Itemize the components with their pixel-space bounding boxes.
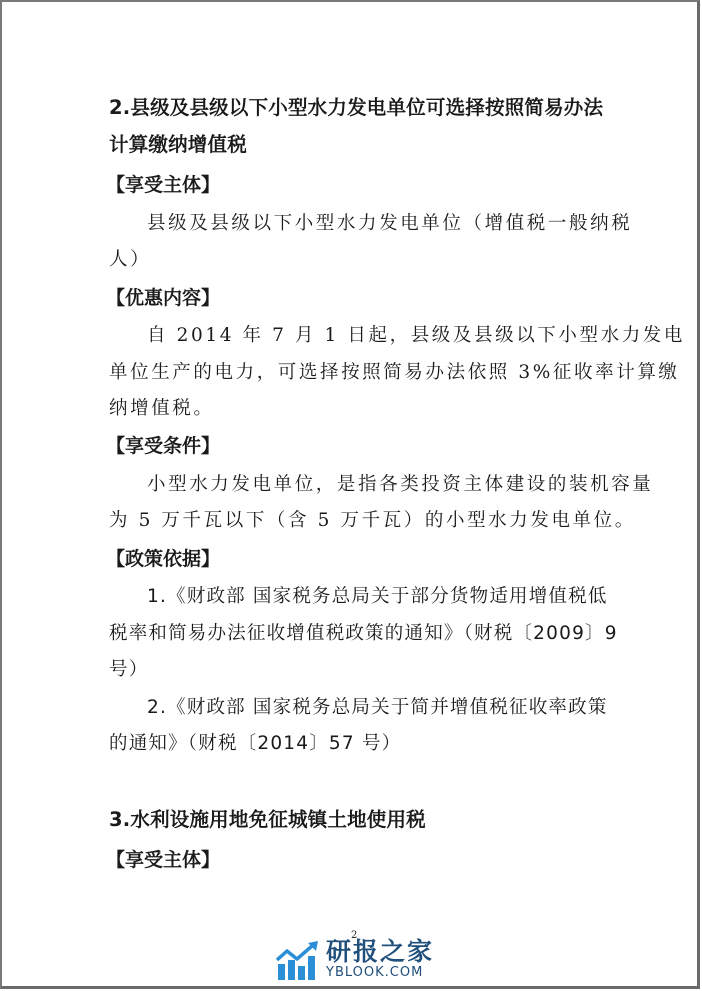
condition-text-line-2: 为 5 万千瓦以下（含 5 万千瓦）的小型水力发电单位。 [109,509,636,533]
benefit-text-line-3: 纳增值税。 [109,397,215,421]
reference-1-line-1: 1.《财政部 国家税务总局关于部分货物适用增值税低 [147,585,608,609]
benefit-text-line-2: 单位生产的电力，可选择按照简易办法依照 3%征收率计算缴 [109,361,680,385]
condition-text-line-1: 小型水力发电单位，是指各类投资主体建设的装机容量 [147,473,653,497]
subject-text-line-2: 人） [109,248,151,272]
reference-1-line-3: 号） [109,658,148,682]
section-2-title-line-1: 2.县级及县级以下小型水力发电单位可选择按照简易办法 [109,96,603,120]
watermark-name-en: YBLOOK.COM [326,965,434,980]
section-3-title: 3.水利设施用地免征城镇土地使用税 [109,808,426,832]
policy-basis-label: 【政策依据】 [106,547,220,571]
section-2-title-line-2: 计算缴纳增值税 [109,133,247,157]
watermark-name-cn: 研报之家 [326,939,434,965]
section-3-subject-label: 【享受主体】 [106,848,220,872]
watermark: 研报之家 YBLOOK.COM [276,939,434,980]
document-page: 2.县级及县级以下小型水力发电单位可选择按照简易办法 计算缴纳增值税 【享受主体… [0,0,700,989]
benefit-label: 【优惠内容】 [106,286,220,310]
reference-2-line-1: 2.《财政部 国家税务总局关于简并增值税征收率政策 [147,696,608,720]
condition-label: 【享受条件】 [106,434,220,458]
chart-growth-icon [276,940,320,980]
benefit-text-line-1: 自 2014 年 7 月 1 日起，县级及县级以下小型水力发电 [147,324,685,348]
subject-label: 【享受主体】 [106,173,220,197]
reference-1-line-2: 税率和简易办法征收增值税政策的通知》（财税〔2009〕9 [109,622,618,646]
subject-text-line-1: 县级及县级以下小型水力发电单位（增值税一般纳税 [147,212,632,236]
reference-2-line-2: 的通知》（财税〔2014〕57 号） [109,732,401,756]
